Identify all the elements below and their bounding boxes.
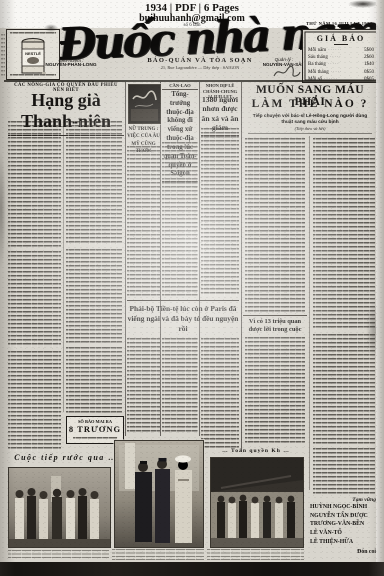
price-box-divider: [334, 44, 348, 45]
photo-lineup-right: [210, 457, 304, 548]
price-label: Mỗi năm: [308, 48, 326, 54]
handwritten-signature: [272, 64, 302, 80]
body-text-block: [201, 128, 239, 296]
price-value: 5$00: [364, 48, 374, 54]
name-line: LÊ THIỆN-HỮA: [310, 538, 376, 547]
price-box: GIÁ BÁO Mỗi năm· · · · · ·5$00 Sáu tháng…: [302, 29, 380, 83]
price-box-title: GIÁ BÁO: [303, 34, 379, 43]
body-text-block: [162, 142, 198, 296]
name-line: LÊ VĂN-TỐ: [310, 529, 376, 538]
masthead-rule: [4, 80, 380, 82]
body-text-block: [66, 249, 122, 343]
body-text-block: [127, 338, 160, 432]
body-text-block: [313, 334, 375, 444]
photo-caption: [8, 550, 109, 559]
column-rule: [125, 82, 126, 436]
ad-text-line: [10, 32, 56, 36]
name-line: TRƯƠNG-VĂN-BỀN: [310, 520, 376, 529]
scan-smudge: [0, 150, 6, 270]
photo-officials-center: [114, 440, 204, 548]
right-deck-note: (Tiếp theo và hết): [250, 126, 370, 131]
column-rule: [63, 120, 64, 412]
office-block: BÁO-QUÁN VÀ TÒA SOẠN 21, Rue Lagrandière…: [128, 57, 272, 70]
advertisement-box: NESTLÉ: [6, 29, 60, 80]
names-block: Tạm vững HUỲNH NGỌC-BỈNH NGUYỄN TẤN ĐƯỢC…: [310, 497, 376, 555]
column-rule: [199, 82, 200, 436]
torn-edge: [376, 0, 384, 576]
name-line: HUỲNH NGỌC-BỈNH: [310, 503, 376, 512]
photo-small-dark: [128, 84, 161, 124]
body-text-block: [127, 146, 160, 296]
margin-marks: [1, 34, 5, 76]
price-value: 2$60: [364, 55, 374, 61]
director-block: Chủ-nhiệm : NGUYỄN-PHAN-LONG: [34, 58, 108, 68]
office-label: BÁO-QUÁN VÀ TÒA SOẠN: [128, 57, 272, 64]
newspaper-scan-page: 1934 | PDF | 6 Pages buihuuhanh@gmail.co…: [0, 0, 384, 576]
right-headline-2: LÀM THẾ NÀO ?: [244, 98, 376, 110]
photo3-label: … Toàn quyền Kh …: [210, 448, 302, 454]
office-address: 21, Rue Lagrandière — Dây thép : SAIGON: [128, 65, 272, 70]
notice-small-line: [73, 437, 117, 441]
column-rule: [309, 136, 310, 490]
body-text-block: [313, 448, 375, 494]
body-text-block: [8, 121, 61, 247]
body-text-block: [66, 347, 122, 413]
names-footer: Đón coi: [310, 549, 376, 555]
director-name: NGUYỄN-PHAN-LONG: [34, 63, 108, 68]
issue-date: THỨ NĂM 16 JUILLET 1934: [300, 21, 378, 26]
right-subhead: Vì có 13 triệu quan được lời trong cuộc: [243, 315, 307, 335]
price-label: Ba tháng: [308, 62, 326, 68]
name-line: NGUYỄN TẤN ĐƯỢC: [310, 512, 376, 521]
body-text-block: [8, 351, 61, 451]
body-text-block: [162, 338, 198, 432]
price-value: 1$40: [364, 62, 374, 68]
column-rule: [160, 82, 161, 436]
deck-rule: [248, 133, 372, 134]
reception-headline: Cuộc tiếp rước qua …: [8, 453, 124, 462]
spanning-headline: Phái-bộ Tiền-tệ lúc còn ở Paris đã viếng…: [127, 300, 239, 334]
body-text-block: [66, 121, 122, 245]
notice-big-line: 8 TRƯƠNG: [67, 424, 123, 434]
ad-brand-text: NESTLÉ: [25, 51, 41, 56]
photo-group-left: [8, 467, 111, 548]
column-rule: [241, 82, 242, 452]
price-value: 0$50: [364, 70, 374, 76]
body-text-block: [201, 338, 239, 450]
right-deck: Tiếp chuyện với bác-sĩ Lê-Hồng-Long ngườ…: [250, 114, 370, 127]
price-label: Sáu tháng: [308, 55, 328, 61]
ad-text-line: [10, 74, 56, 77]
col-d-kicker: CẦN-LAO: [162, 83, 198, 90]
body-text-block: [245, 337, 305, 443]
body-text-block: [245, 138, 305, 312]
body-text-block: [8, 251, 61, 347]
body-text-block: [313, 138, 375, 330]
scan-bottom-strip: [0, 562, 384, 576]
photo-caption: [207, 549, 304, 560]
milk-can-illustration: NESTLÉ: [18, 37, 48, 77]
photo-caption: [112, 549, 204, 560]
